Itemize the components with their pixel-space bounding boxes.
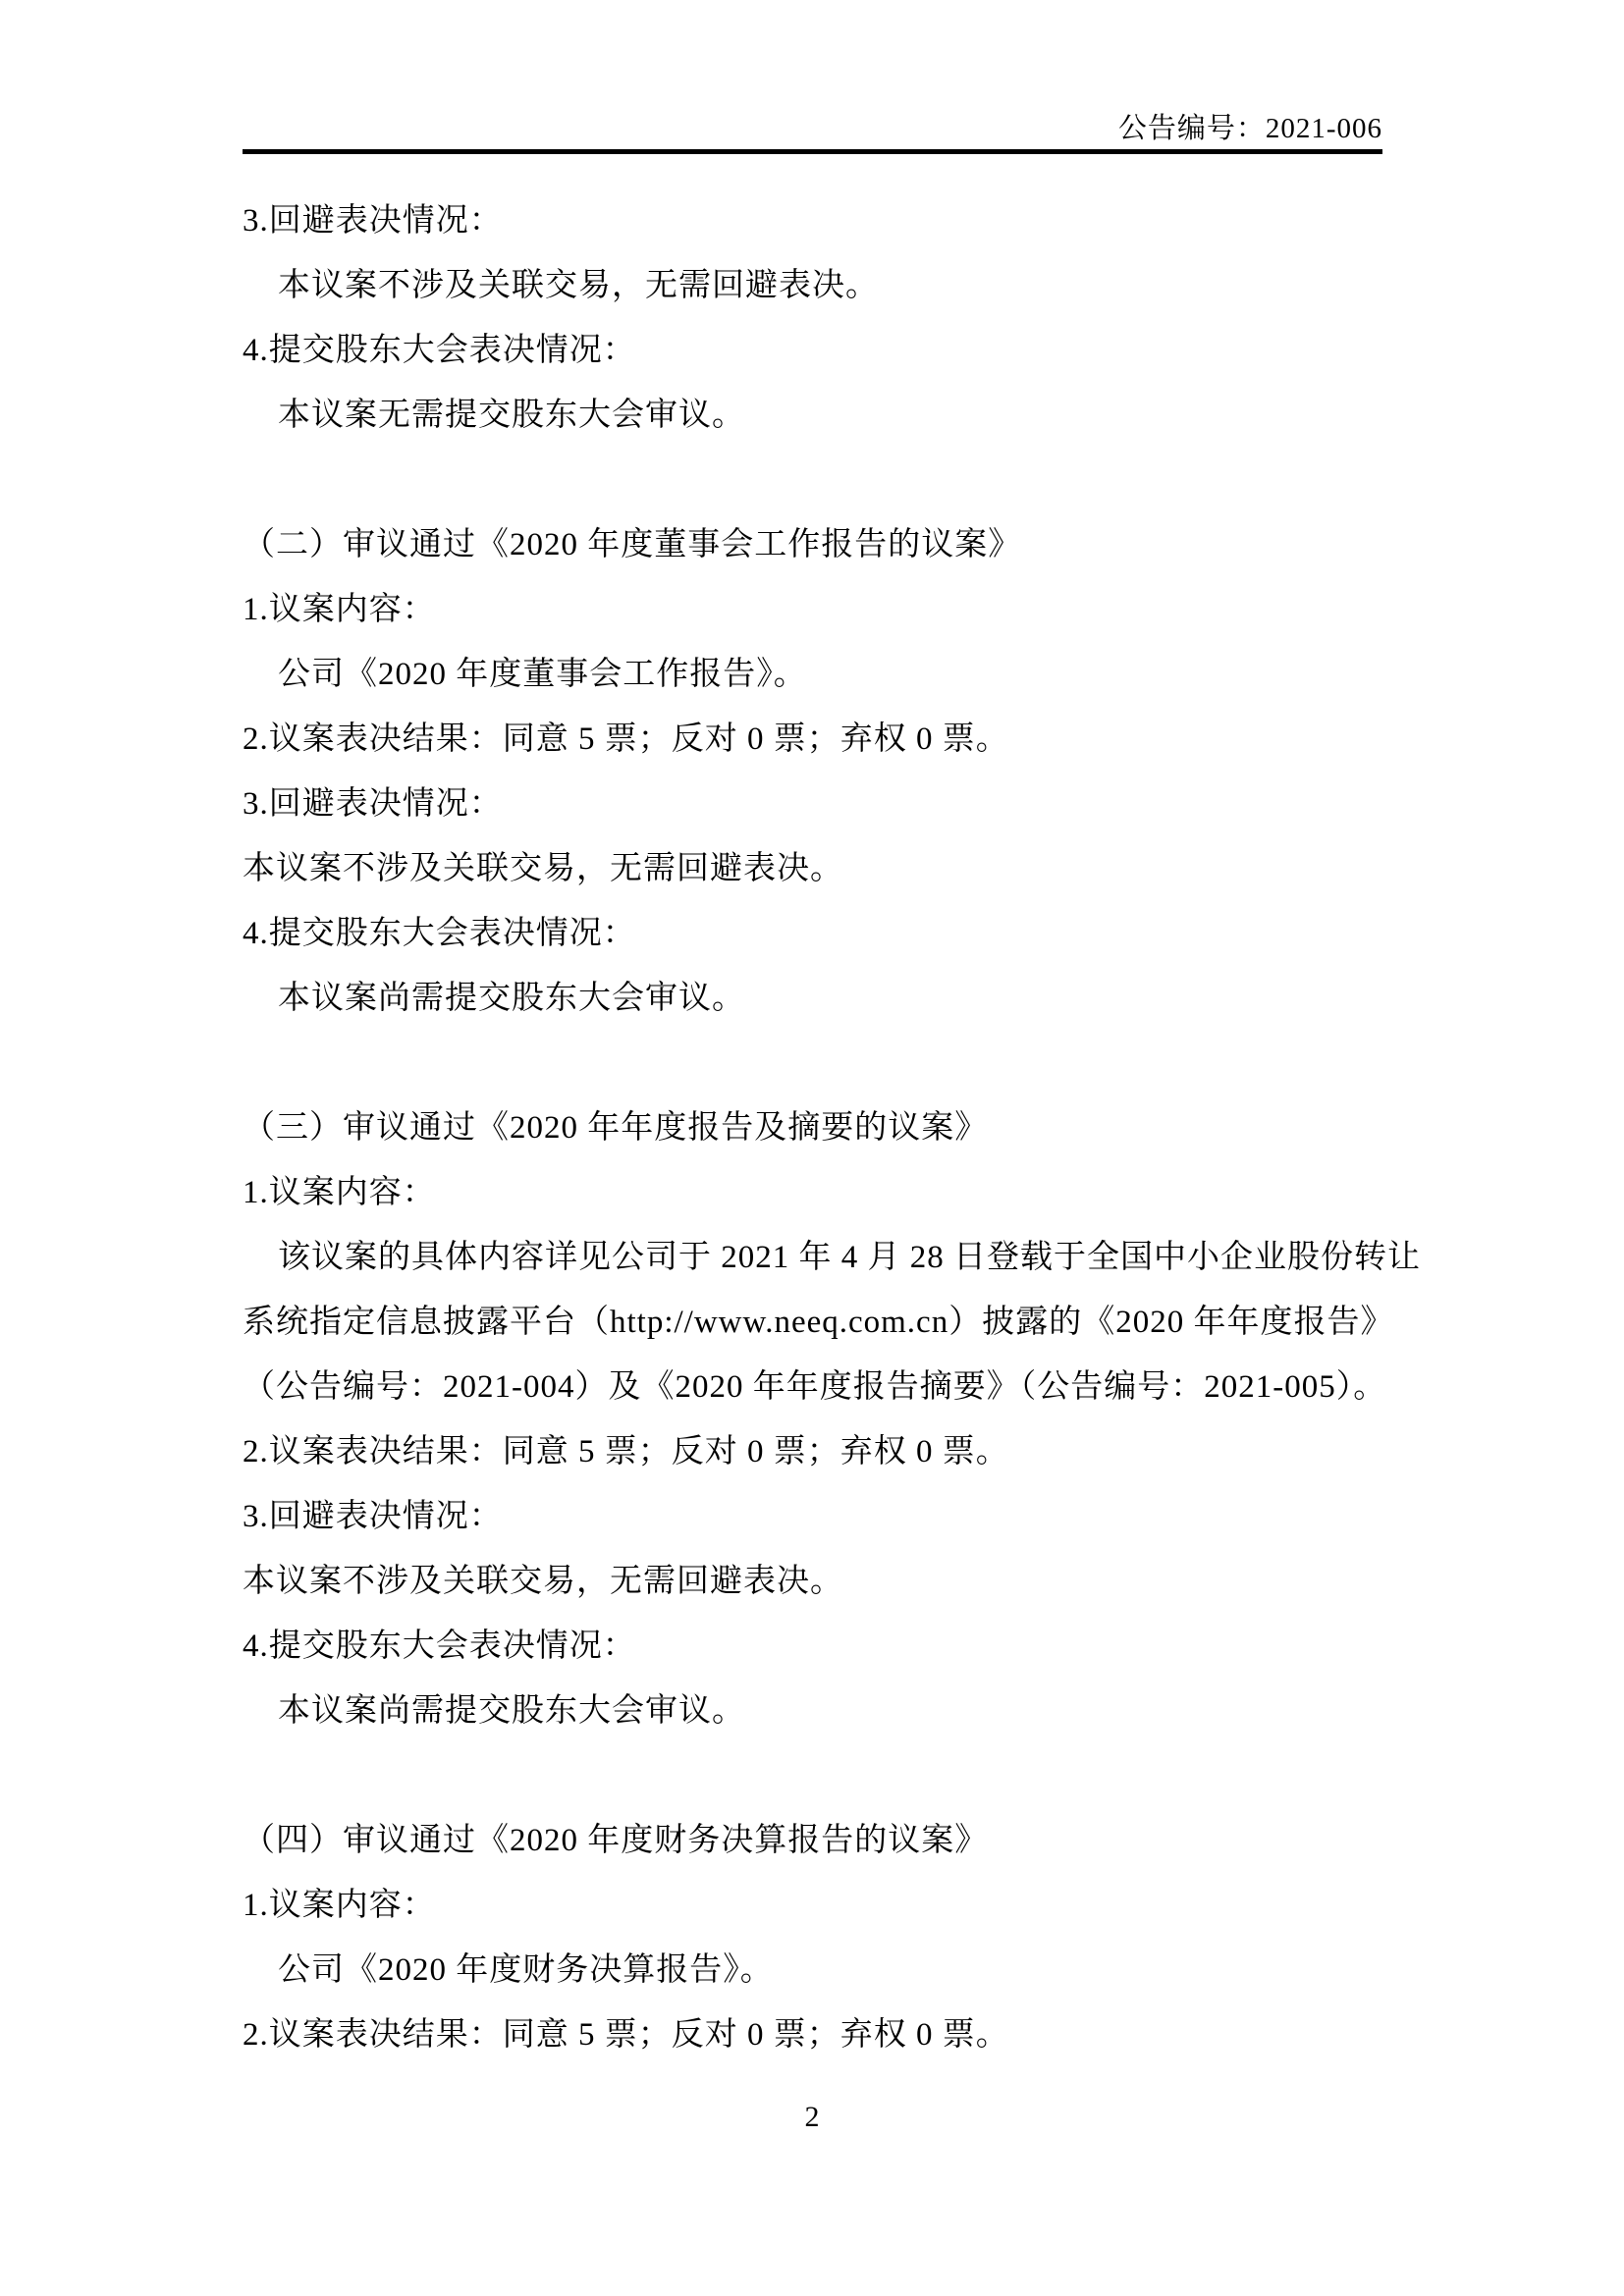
doc-line: 该议案的具体内容详见公司于 2021 年 4 月 28 日登载于全国中小企业股份… <box>243 1225 1382 1290</box>
doc-line: （三）审议通过《2020 年年度报告及摘要的议案》 <box>243 1095 1382 1160</box>
doc-line: 4.提交股东大会表决情况： <box>243 901 1382 966</box>
doc-blank-line <box>243 1743 1382 1808</box>
doc-line: 本议案无需提交股东大会审议。 <box>243 383 1382 448</box>
doc-line: 本议案不涉及关联交易，无需回避表决。 <box>243 253 1382 318</box>
doc-blank-line <box>243 1031 1382 1095</box>
doc-line: （公告编号：2021-004）及《2020 年年度报告摘要》（公告编号：2021… <box>243 1355 1382 1419</box>
announcement-number-header: 公告编号：2021-006 <box>243 112 1382 145</box>
doc-line: 3.回避表决情况： <box>243 772 1382 836</box>
doc-line: 3.回避表决情况： <box>243 1484 1382 1549</box>
doc-line: 本议案不涉及关联交易，无需回避表决。 <box>243 836 1382 901</box>
document-body: 3.回避表决情况：本议案不涉及关联交易，无需回避表决。4.提交股东大会表决情况：… <box>243 188 1382 2067</box>
doc-line: 4.提交股东大会表决情况： <box>243 1614 1382 1679</box>
doc-line: 本议案尚需提交股东大会审议。 <box>243 966 1382 1031</box>
doc-line: （四）审议通过《2020 年度财务决算报告的议案》 <box>243 1808 1382 1873</box>
doc-line: 2.议案表决结果：同意 5 票；反对 0 票；弃权 0 票。 <box>243 2002 1382 2067</box>
doc-line: 4.提交股东大会表决情况： <box>243 318 1382 383</box>
doc-line: 1.议案内容： <box>243 1873 1382 1938</box>
doc-line: （二）审议通过《2020 年度董事会工作报告的议案》 <box>243 512 1382 577</box>
page-number: 2 <box>0 2085 1624 2150</box>
doc-line: 本议案不涉及关联交易，无需回避表决。 <box>243 1549 1382 1614</box>
doc-line: 2.议案表决结果：同意 5 票；反对 0 票；弃权 0 票。 <box>243 1419 1382 1484</box>
header-rule <box>243 149 1382 154</box>
doc-line: 系统指定信息披露平台（http://www.neeq.com.cn）披露的《20… <box>243 1290 1382 1355</box>
doc-line: 公司《2020 年度董事会工作报告》。 <box>243 642 1382 707</box>
doc-line: 本议案尚需提交股东大会审议。 <box>243 1679 1382 1743</box>
doc-line: 2.议案表决结果：同意 5 票；反对 0 票；弃权 0 票。 <box>243 707 1382 772</box>
doc-line: 1.议案内容： <box>243 1160 1382 1225</box>
document-page: { "page": { "header_right": "公告编号：2021-0… <box>0 0 1624 2296</box>
doc-line: 1.议案内容： <box>243 577 1382 642</box>
doc-blank-line <box>243 448 1382 512</box>
doc-line: 公司《2020 年度财务决算报告》。 <box>243 1938 1382 2002</box>
doc-line: 3.回避表决情况： <box>243 188 1382 253</box>
